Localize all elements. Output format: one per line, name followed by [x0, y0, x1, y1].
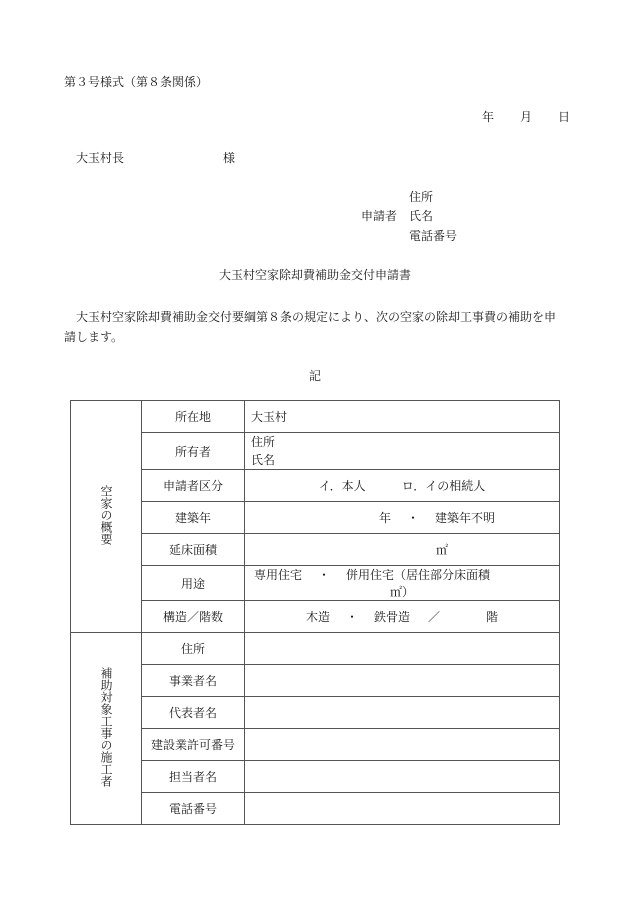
- option-self[interactable]: イ．本人: [319, 479, 366, 493]
- license-number-field[interactable]: [245, 729, 560, 761]
- contractor-phone-field[interactable]: [245, 793, 560, 825]
- table-row: 申請者区分 イ．本人ロ．イの相続人: [71, 470, 560, 502]
- owner-field[interactable]: 住所 氏名: [245, 433, 560, 470]
- section-vacant-house-overview: 空家の概要: [71, 401, 142, 633]
- contact-person-field[interactable]: [245, 761, 560, 793]
- option-wood[interactable]: 木造: [306, 610, 330, 624]
- table-row: 構造／階数 木造・鉄骨造／階: [71, 601, 560, 633]
- row-label: 用途: [142, 566, 245, 601]
- slash-separator: ／: [428, 610, 440, 624]
- table-row: 事業者名: [71, 665, 560, 697]
- option-steel[interactable]: 鉄骨造: [374, 610, 410, 624]
- applicant-category-field[interactable]: イ．本人ロ．イの相続人: [245, 470, 560, 502]
- owner-name-label: 氏名: [251, 451, 559, 469]
- applicant-address-field[interactable]: 住所: [409, 190, 433, 204]
- row-label: 住所: [142, 633, 245, 665]
- addressee: 大玉村長: [76, 151, 124, 165]
- owner-address-label: 住所: [251, 433, 559, 451]
- section-label: 空家の概要: [99, 485, 113, 545]
- row-label: 建設業許可番号: [142, 729, 245, 761]
- table-row: 延床面積 ㎡: [71, 534, 560, 566]
- row-label: 所有者: [142, 433, 245, 470]
- row-label: 建築年: [142, 502, 245, 534]
- construction-year-field[interactable]: 年・建築年不明: [245, 502, 560, 534]
- location-field[interactable]: 大玉村: [245, 401, 560, 433]
- application-table: 空家の概要 所在地 大玉村 所有者 住所 氏名 申請者区分 イ．本人ロ．イの相続…: [70, 400, 560, 825]
- date-line: 年月日: [482, 110, 570, 124]
- date-day-field[interactable]: 日: [558, 110, 570, 124]
- honorific: 様: [223, 151, 235, 165]
- area-unit: ㎡）: [390, 585, 414, 599]
- row-label: 延床面積: [142, 534, 245, 566]
- table-row: 建設業許可番号: [71, 729, 560, 761]
- section-contractor: 補助対象工事の施工者: [71, 633, 142, 825]
- table-row: 所有者 住所 氏名: [71, 433, 560, 470]
- row-label: 構造／階数: [142, 601, 245, 633]
- table-row: 空家の概要 所在地 大玉村: [71, 401, 560, 433]
- contractor-address-field[interactable]: [245, 633, 560, 665]
- table-row: 代表者名: [71, 697, 560, 729]
- year-unit: 年: [379, 511, 391, 525]
- form-number: 第３号様式（第８条関係）: [64, 75, 208, 89]
- separator-dot: ・: [346, 610, 358, 624]
- applicant-name-field[interactable]: 氏名: [409, 209, 433, 223]
- document-title: 大玉村空家除却費補助金交付申請書: [0, 268, 630, 282]
- table-row: 用途 専用住宅・併用住宅（居住部分床面積㎡）: [71, 566, 560, 601]
- area-unit: ㎡: [436, 543, 448, 557]
- row-label: 担当者名: [142, 761, 245, 793]
- option-mixed-use-residence[interactable]: 併用住宅（居住部分床面積: [346, 568, 490, 582]
- table-row: 建築年 年・建築年不明: [71, 502, 560, 534]
- row-label: 申請者区分: [142, 470, 245, 502]
- table-row: 電話番号: [71, 793, 560, 825]
- section-label: 補助対象工事の施工者: [99, 667, 113, 787]
- table-row: 担当者名: [71, 761, 560, 793]
- ki-heading: 記: [0, 369, 630, 383]
- separator-dot: ・: [318, 568, 330, 582]
- applicant-phone-field[interactable]: 電話番号: [409, 229, 457, 243]
- date-year-field[interactable]: 年: [482, 110, 494, 124]
- row-label: 所在地: [142, 401, 245, 433]
- row-label: 代表者名: [142, 697, 245, 729]
- floor-area-field[interactable]: ㎡: [245, 534, 560, 566]
- separator-dot: ・: [407, 511, 419, 525]
- option-year-unknown[interactable]: 建築年不明: [435, 511, 495, 525]
- usage-field[interactable]: 専用住宅・併用住宅（居住部分床面積㎡）: [245, 566, 560, 601]
- applicant-label: 申請者: [361, 209, 397, 223]
- table-row: 補助対象工事の施工者 住所: [71, 633, 560, 665]
- row-label: 電話番号: [142, 793, 245, 825]
- structure-floors-field[interactable]: 木造・鉄骨造／階: [245, 601, 560, 633]
- floors-unit: 階: [486, 610, 498, 624]
- representative-name-field[interactable]: [245, 697, 560, 729]
- option-heir[interactable]: ロ．イの相続人: [402, 479, 486, 493]
- document-body: 大玉村空家除却費補助金交付要綱第８条の規定により、次の空家の除却工事費の補助を申…: [64, 307, 564, 347]
- row-label: 事業者名: [142, 665, 245, 697]
- date-month-field[interactable]: 月: [520, 110, 532, 124]
- business-name-field[interactable]: [245, 665, 560, 697]
- option-dedicated-residence[interactable]: 専用住宅: [254, 568, 302, 582]
